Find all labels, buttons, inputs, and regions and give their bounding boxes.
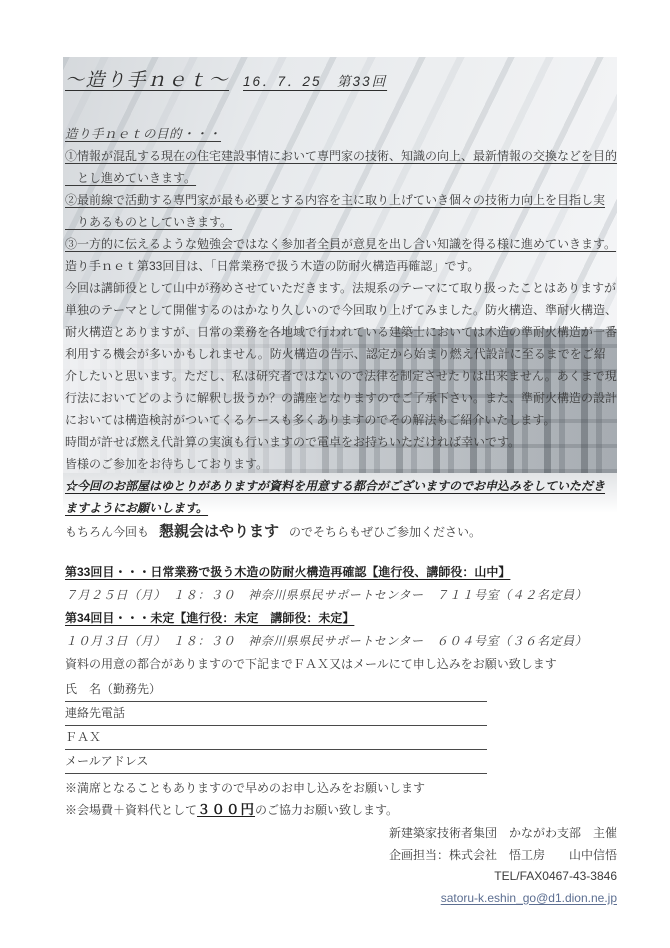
flyer-page: ～造り手ｎｅｔ～16．7．25 第33回 造り手ｎｅｔの目的・・・ ①情報が混乱…: [0, 0, 670, 948]
session-33-heading: 第33回目・・・日常業務で扱う木造の防耐火構造再確認【進行役、講師役：山中】: [65, 561, 617, 584]
organizer-footer: 新建築家技術者集団 かながわ支部 主催 企画担当：株式会社 悟工房 山中信悟 T…: [65, 823, 617, 909]
closing-line: 皆様のご参加をお待ちしております。: [65, 453, 617, 475]
issue-date-and-number: 16．7．25 第33回: [243, 74, 387, 89]
purpose-item-2: ②最前線で活動する専門家が最も必要とする内容を主に取り上げていき個々の技術力向上…: [65, 189, 617, 233]
newsletter-name: ～造り手ｎｅｔ～: [65, 70, 229, 91]
purpose-heading: 造り手ｎｅｔの目的・・・: [65, 123, 617, 145]
document-content: ～造り手ｎｅｔ～16．7．25 第33回 造り手ｎｅｔの目的・・・ ①情報が混乱…: [0, 0, 670, 909]
fee-note-post: のご協力お願い致します。: [255, 803, 398, 817]
full-capacity-note: ※満席となることもありますので早めのお申し込みをお願いします: [65, 777, 617, 799]
organizer-line: 新建築家技術者集団 かながわ支部 主催: [65, 823, 617, 845]
purpose-item-1: ①情報が混乱する現在の住宅建設事情において専門家の技術、知識の向上、最新情報の交…: [65, 145, 617, 189]
purpose-item-3: ③一方的に伝えるような勉強会ではなく参加者全員が意見を出し合い知識を得る様に進め…: [65, 233, 617, 255]
body-section: 造り手ｎｅｔ第33回目は、「日常業務で扱う木造の防耐火構造再確認」です。 今回は…: [65, 255, 617, 475]
calculator-note: 時間が許せば燃え代計算の実演も行いますので電卓をお持ちいただければ幸いです。: [65, 431, 617, 453]
party-post-text: のでそちらもぜひご参加ください。: [289, 525, 481, 539]
form-field-fax: ＦＡＸ: [65, 726, 487, 750]
session-34-detail: １０月３日（月） １８：３０ 神奈川県県民サポートセンター ６０４号室（３６名定…: [65, 630, 617, 653]
planner-line: 企画担当：株式会社 悟工房 山中信悟: [65, 845, 617, 867]
application-request-highlight: ☆今回のお部屋はゆとりがありますが資料を用意する都合がございますのでお申込みをし…: [65, 475, 617, 519]
party-emphasis-text: 懇親会はやります: [159, 523, 279, 540]
form-field-email: メールアドレス: [65, 750, 487, 774]
form-field-name: 氏 名（勤務先）: [65, 678, 487, 702]
session-34-heading: 第34回目・・・未定【進行役：未定 講師役：未定】: [65, 607, 617, 630]
after-party-line: もちろん今回も懇親会はやりますのでそちらもぜひご参加ください。: [65, 519, 617, 545]
fee-note: ※会場費＋資料代として３００円のご協力お願い致します。: [65, 799, 617, 821]
session-intro-paragraph: 造り手ｎｅｔ第33回目は、「日常業務で扱う木造の防耐火構造再確認」です。: [65, 255, 617, 277]
notes-section: ※満席となることもありますので早めのお申し込みをお願いします ※会場費＋資料代と…: [65, 777, 617, 821]
form-field-phone: 連絡先電話: [65, 702, 487, 726]
tel-fax-line: TEL/FAX0467-43-3846: [65, 866, 617, 888]
contact-email-link[interactable]: satoru-k.eshin_go@d1.dion.ne.jp: [441, 891, 617, 905]
lecture-description-paragraph: 今回は講師役として山中が務めさせていただきます。法規系のテーマにて取り扱ったこと…: [65, 277, 617, 431]
party-pre-text: もちろん今回も: [65, 525, 149, 539]
purpose-section: 造り手ｎｅｔの目的・・・ ①情報が混乱する現在の住宅建設事情において専門家の技術…: [65, 123, 617, 255]
schedule-section: 第33回目・・・日常業務で扱う木造の防耐火構造再確認【進行役、講師役：山中】 ７…: [65, 561, 617, 676]
application-form: 氏 名（勤務先） 連絡先電話 ＦＡＸ メールアドレス: [65, 678, 617, 774]
session-33-detail: ７月２５日（月） １８：３０ 神奈川県県民サポートセンター ７１１号室（４２名定…: [65, 584, 617, 607]
fee-note-pre: ※会場費＋資料代として: [65, 803, 197, 817]
fee-amount: ３００円: [197, 802, 255, 817]
page-title: ～造り手ｎｅｔ～16．7．25 第33回: [65, 70, 617, 93]
apply-instruction: 資料の用意の都合がありますので下記までＦＡＸ又はメールにて申し込みをお願い致しま…: [65, 653, 617, 676]
